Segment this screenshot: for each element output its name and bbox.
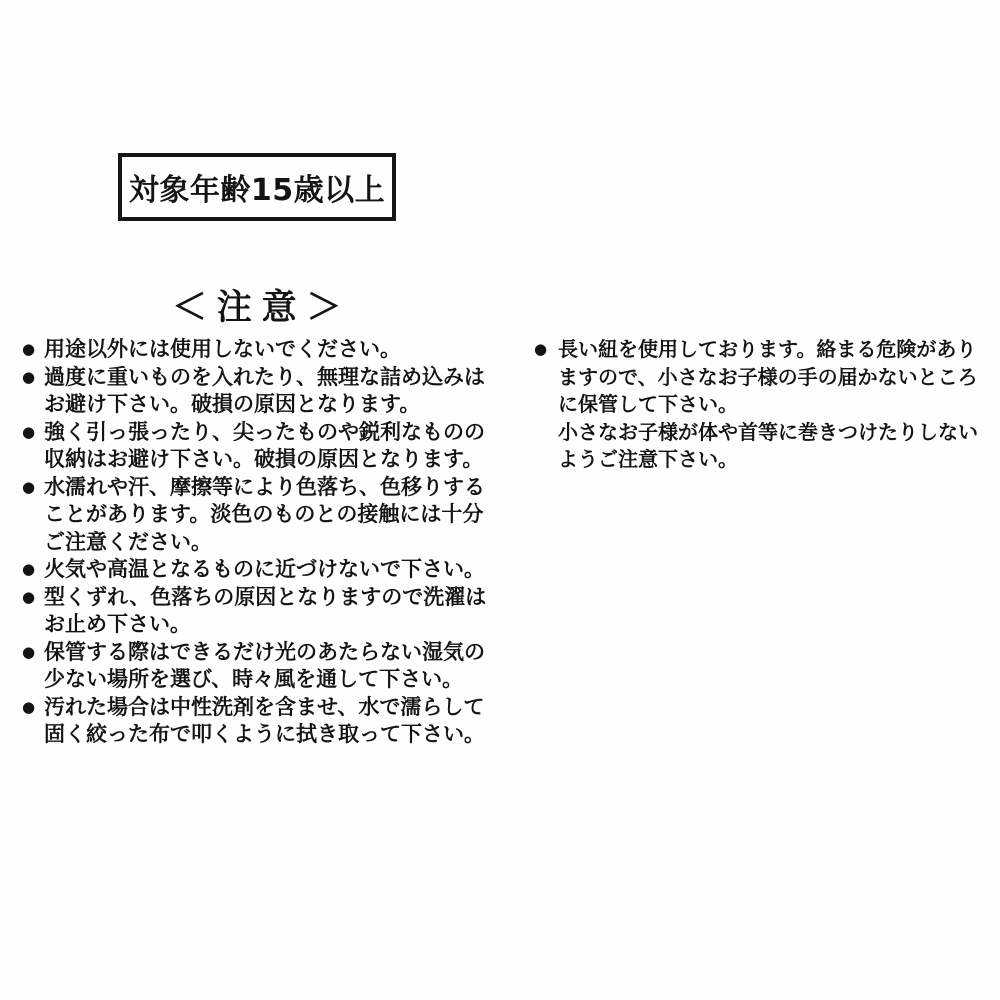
bullet-icon: ● xyxy=(22,584,44,612)
bullet-icon: ● xyxy=(22,336,44,364)
bullet-icon: ● xyxy=(534,336,558,364)
list-item: ● 保管する際はできるだけ光のあたらない湿気の 少ない場所を選び、時々風を通して… xyxy=(22,639,492,694)
list-item: ● 過度に重いものを入れたり、無理な詰め込みは お避け下さい。破損の原因となりま… xyxy=(22,364,492,419)
bullet-icon: ● xyxy=(22,419,44,447)
caution-heading: ＜注意＞ xyxy=(172,280,351,330)
warning-text: 火気や高温となるものに近づけないで下さい。 xyxy=(44,556,492,584)
warning-text: 過度に重いものを入れたり、無理な詰め込みは お避け下さい。破損の原因となります。 xyxy=(44,364,492,419)
bullet-icon: ● xyxy=(22,364,44,392)
bullet-icon: ● xyxy=(22,694,44,722)
list-item: ● 火気や高温となるものに近づけないで下さい。 xyxy=(22,556,492,584)
list-item: ● 汚れた場合は中性洗剤を含ませ、水で濡らして 固く絞った布で叩くように拭き取っ… xyxy=(22,694,492,749)
age-restriction-box: 対象年齢15歳以上 xyxy=(118,153,396,221)
bullet-icon: ● xyxy=(22,639,44,667)
list-item: ● 長い紐を使用しております。絡まる危険があり ますので、小さなお子様の手の届か… xyxy=(534,336,986,474)
warnings-right-column: ● 長い紐を使用しております。絡まる危険があり ますので、小さなお子様の手の届か… xyxy=(534,336,986,474)
caution-label-page: 対象年齢15歳以上 ＜注意＞ ● 用途以外には使用しないでください。 ● 過度に… xyxy=(0,0,1000,1000)
list-item: ● 強く引っ張ったり、尖ったものや鋭利なものの 収納はお避け下さい。破損の原因と… xyxy=(22,419,492,474)
age-restriction-label: 対象年齢15歳以上 xyxy=(129,165,385,209)
list-item: ● 用途以外には使用しないでください。 xyxy=(22,336,492,364)
list-item: ● 水濡れや汗、摩擦等により色落ち、色移りする ことがあります。淡色のものとの接… xyxy=(22,474,492,557)
bullet-icon: ● xyxy=(22,556,44,584)
warning-text: 強く引っ張ったり、尖ったものや鋭利なものの 収納はお避け下さい。破損の原因となり… xyxy=(44,419,492,474)
warning-text: 水濡れや汗、摩擦等により色落ち、色移りする ことがあります。淡色のものとの接触に… xyxy=(44,474,492,557)
warning-text: 用途以外には使用しないでください。 xyxy=(44,336,492,364)
warning-text: 保管する際はできるだけ光のあたらない湿気の 少ない場所を選び、時々風を通して下さ… xyxy=(44,639,492,694)
warnings-left-column: ● 用途以外には使用しないでください。 ● 過度に重いものを入れたり、無理な詰め… xyxy=(22,336,492,749)
warning-text: 汚れた場合は中性洗剤を含ませ、水で濡らして 固く絞った布で叩くように拭き取って下… xyxy=(44,694,492,749)
warning-text: 長い紐を使用しております。絡まる危険があり ますので、小さなお子様の手の届かない… xyxy=(558,336,986,474)
list-item: ● 型くずれ、色落ちの原因となりますので洗濯は お止め下さい。 xyxy=(22,584,492,639)
bullet-icon: ● xyxy=(22,474,44,502)
warning-text: 型くずれ、色落ちの原因となりますので洗濯は お止め下さい。 xyxy=(44,584,492,639)
